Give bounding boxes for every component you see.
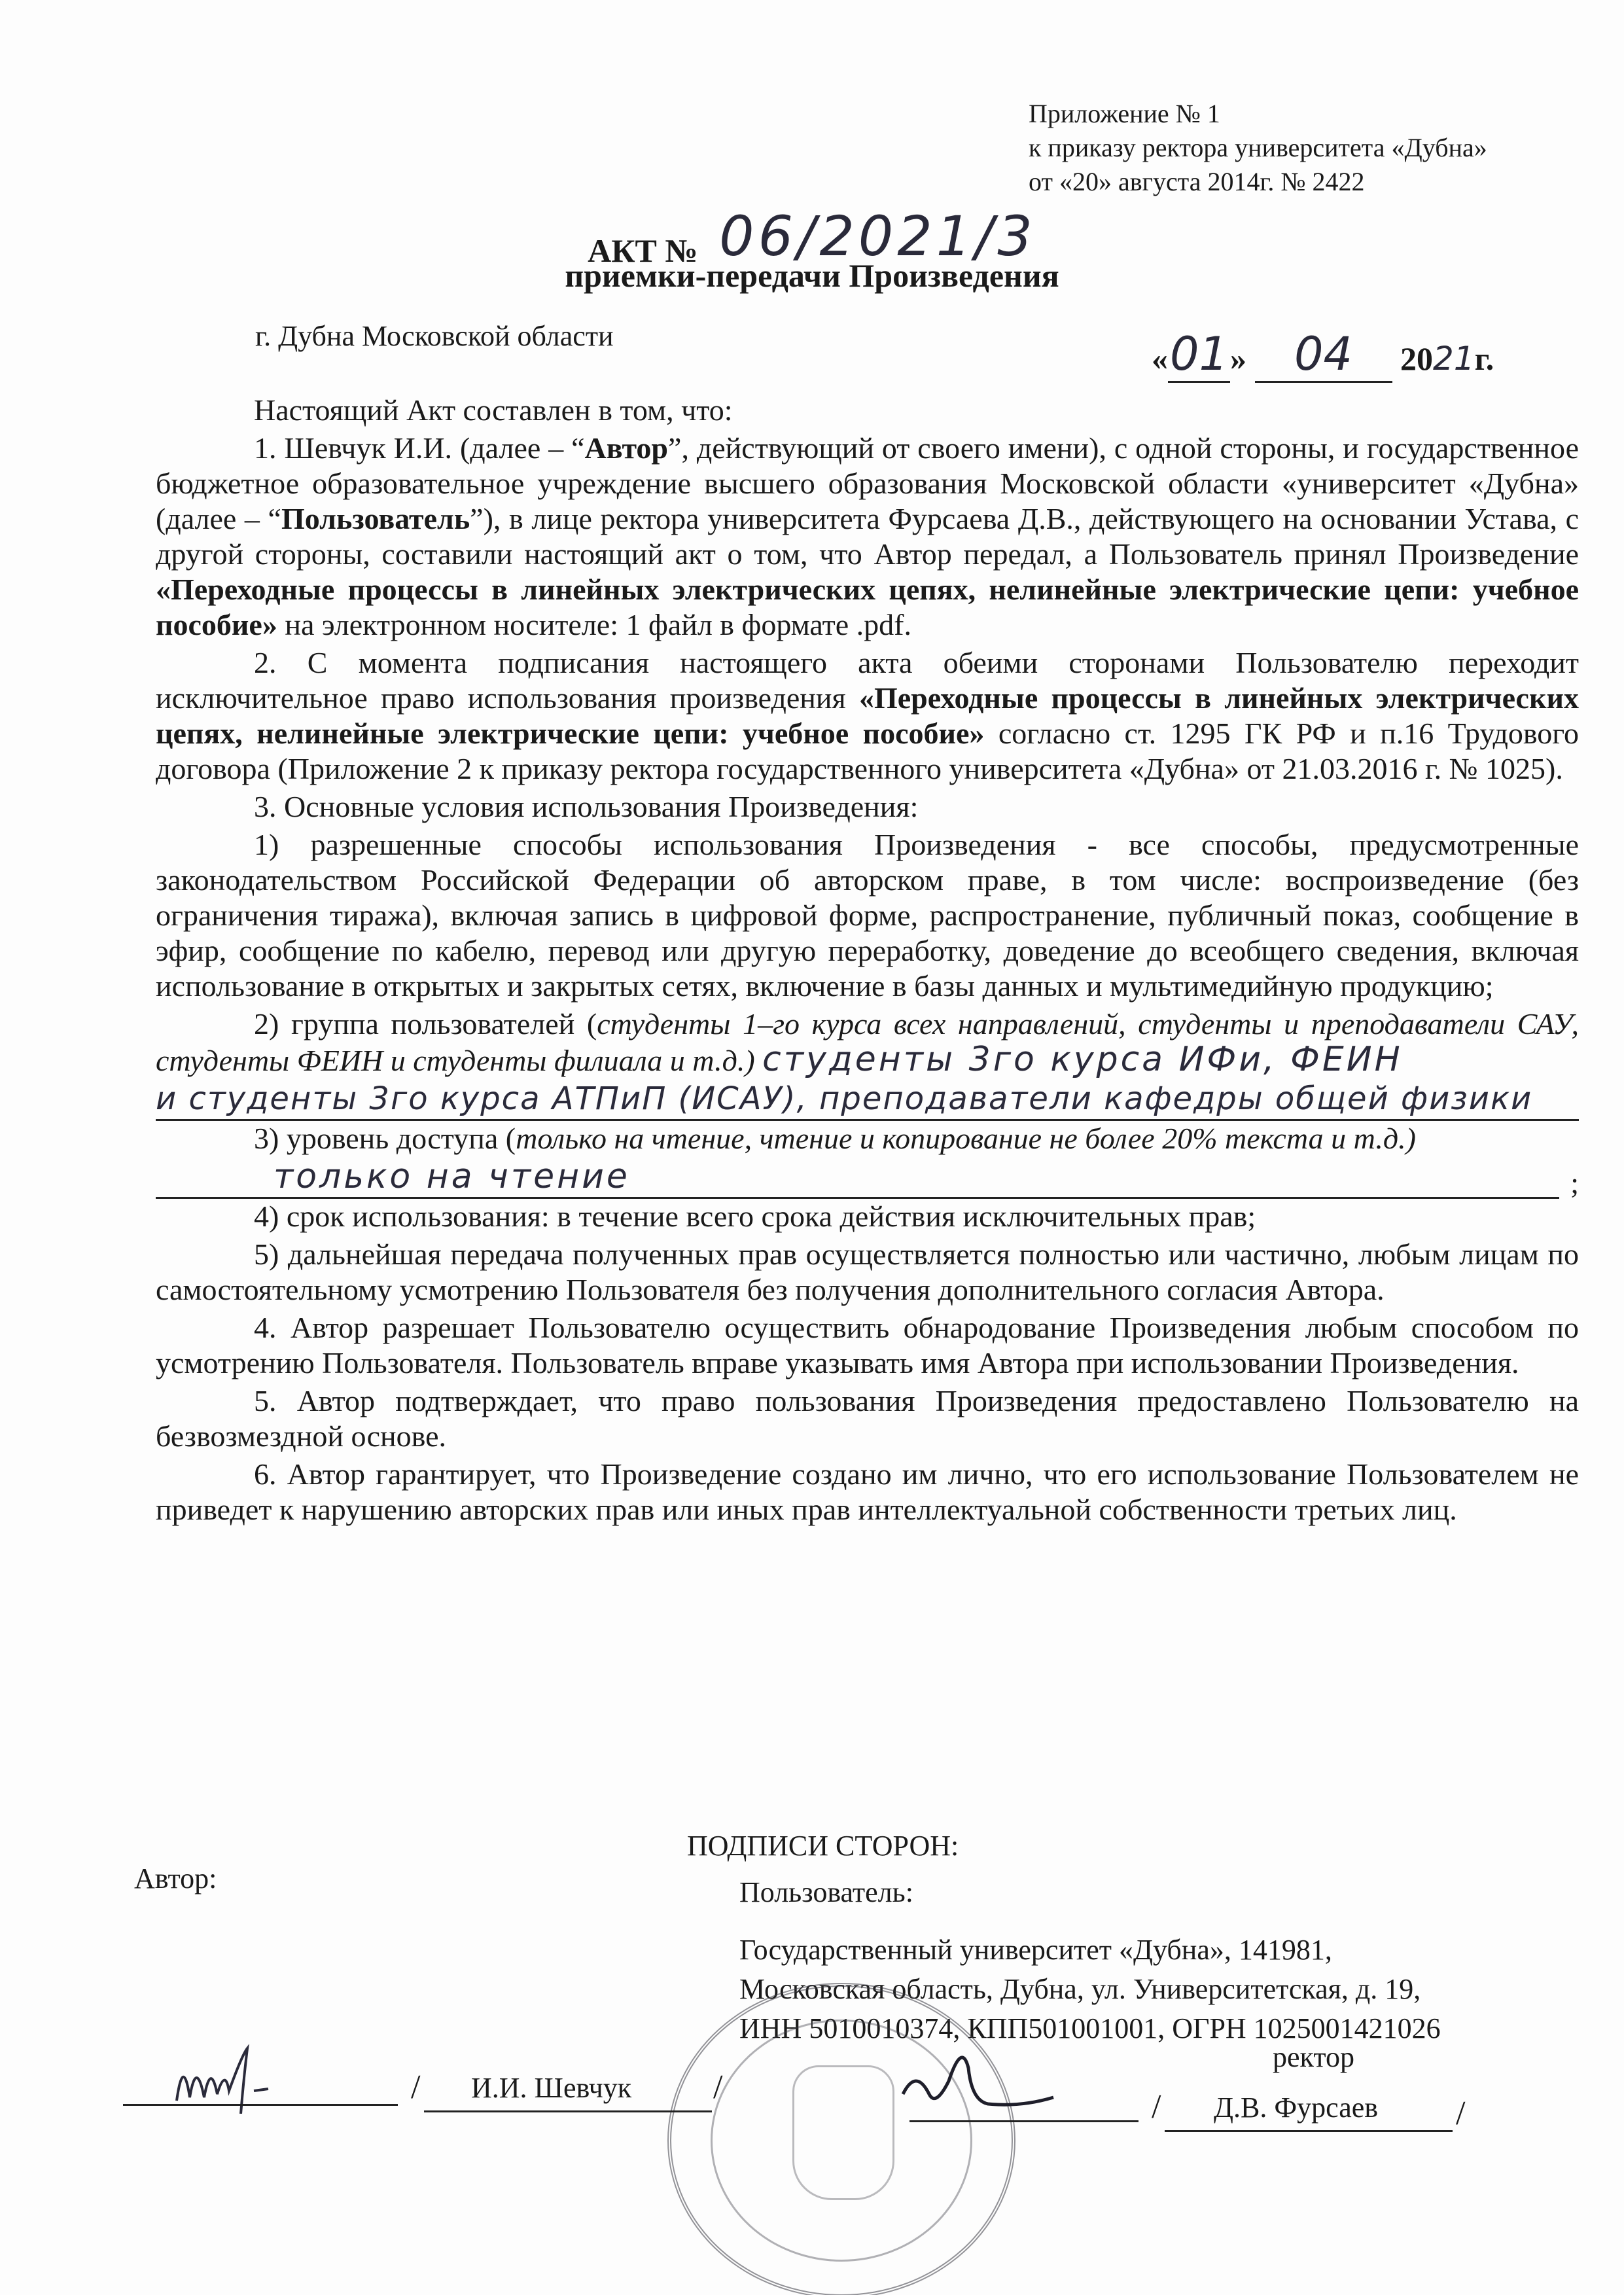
access-level-fill-line: только на чтение; <box>156 1159 1559 1199</box>
clause-4: 4. Автор разрешает Пользователю осуществ… <box>156 1310 1579 1381</box>
appendix-line-2: к приказу ректора университета «Дубна» <box>1029 131 1487 165</box>
author-signature-line <box>123 2104 398 2106</box>
university-stamp <box>667 1983 1015 2295</box>
author-name-line <box>424 2110 712 2112</box>
date: «01» 04 2021г. <box>1152 327 1494 383</box>
document-page: Приложение № 1 к приказу ректора универс… <box>0 0 1624 2295</box>
appendix-line-3: от «20» августа 2014г. № 2422 <box>1029 165 1487 199</box>
rector-name-line <box>1165 2130 1453 2132</box>
rector-name: Д.В. Фурсаев <box>1214 2091 1378 2124</box>
author-term: Автор <box>585 431 669 465</box>
place: г. Дубна Московской области <box>255 319 614 353</box>
users-group-fill-line: и студенты 3го курса АТПиП (ИСАУ), препо… <box>156 1081 1579 1121</box>
rector-signature <box>890 2042 1060 2120</box>
clause-3-sub-5: 5) дальнейшая передача полученных прав о… <box>156 1237 1579 1308</box>
date-suffix: г. <box>1475 340 1494 377</box>
author-signature <box>170 2042 301 2114</box>
clause-6: 6. Автор гарантирует, что Произведение с… <box>156 1457 1579 1527</box>
clause-1-text-a: 1. Шевчук И.И. (далее – “ <box>254 431 585 465</box>
intro: Настоящий Акт составлен в том, что: <box>156 393 1579 428</box>
act-subtitle: приемки-передачи Произведения <box>0 257 1624 294</box>
users-group-handwritten-2: и студенты 3го курса АТПиП (ИСАУ), препо… <box>156 1080 1532 1117</box>
date-year-prefix: 20 <box>1400 340 1433 377</box>
access-level-handwritten: только на чтение <box>274 1157 630 1196</box>
clause-3-sub-4: 4) срок использования: в течение всего с… <box>156 1199 1579 1234</box>
clause-1-text-d: на электронном носителе: 1 файл в формат… <box>277 608 911 641</box>
clause-1: 1. Шевчук И.И. (далее – “Автор”, действу… <box>156 431 1579 643</box>
clause-3-heading: 3. Основные условия использования Произв… <box>156 789 1579 825</box>
slash: / <box>1456 2094 1465 2133</box>
user-org-line-1: Государственный университет «Дубна», 141… <box>739 1930 1441 1970</box>
appendix-line-1: Приложение № 1 <box>1029 97 1487 131</box>
rector-signature-line <box>909 2120 1139 2122</box>
clause-5: 5. Автор подтверждает, что право пользов… <box>156 1383 1579 1454</box>
access-level-end: ; <box>1570 1165 1579 1201</box>
signatures-heading: ПОДПИСИ СТОРОН: <box>687 1829 959 1862</box>
clause-2: 2. С момента подписания настоящего акта … <box>156 645 1579 787</box>
author-name: И.И. Шевчук <box>471 2071 631 2105</box>
clause-3-sub-3: 3) уровень доступа (только на чтение, чт… <box>156 1121 1579 1156</box>
act-body: Настоящий Акт составлен в том, что: 1. Ш… <box>156 393 1579 1530</box>
access-level-hint: только на чтение, чтение и копирование н… <box>516 1122 1416 1155</box>
date-year-handwritten: 21 <box>1433 340 1475 378</box>
user-term: Пользователь <box>281 502 470 535</box>
coat-of-arms-icon <box>792 2065 894 2200</box>
clause-3-sub-2: 2) группа пользователей (студенты 1–го к… <box>156 1006 1579 1078</box>
users-group-handwritten-1: студенты 3го курса ИФи, ФЕИН <box>762 1040 1403 1079</box>
slash: / <box>411 2068 420 2107</box>
user-label: Пользователь: <box>739 1873 1441 1912</box>
author-label: Автор: <box>134 1862 217 1895</box>
slash: / <box>713 2068 722 2107</box>
date-day: 01 <box>1168 327 1230 383</box>
users-group-label: 2) группа пользователей ( <box>254 1007 597 1041</box>
access-level-label: 3) уровень доступа ( <box>254 1122 516 1155</box>
slash: / <box>1152 2088 1161 2126</box>
clause-3-sub-1: 1) разрешенные способы использования Про… <box>156 827 1579 1004</box>
date-month: 04 <box>1255 327 1392 383</box>
rector-position: ректор <box>1273 2040 1354 2074</box>
appendix-note: Приложение № 1 к приказу ректора универс… <box>1029 97 1487 199</box>
